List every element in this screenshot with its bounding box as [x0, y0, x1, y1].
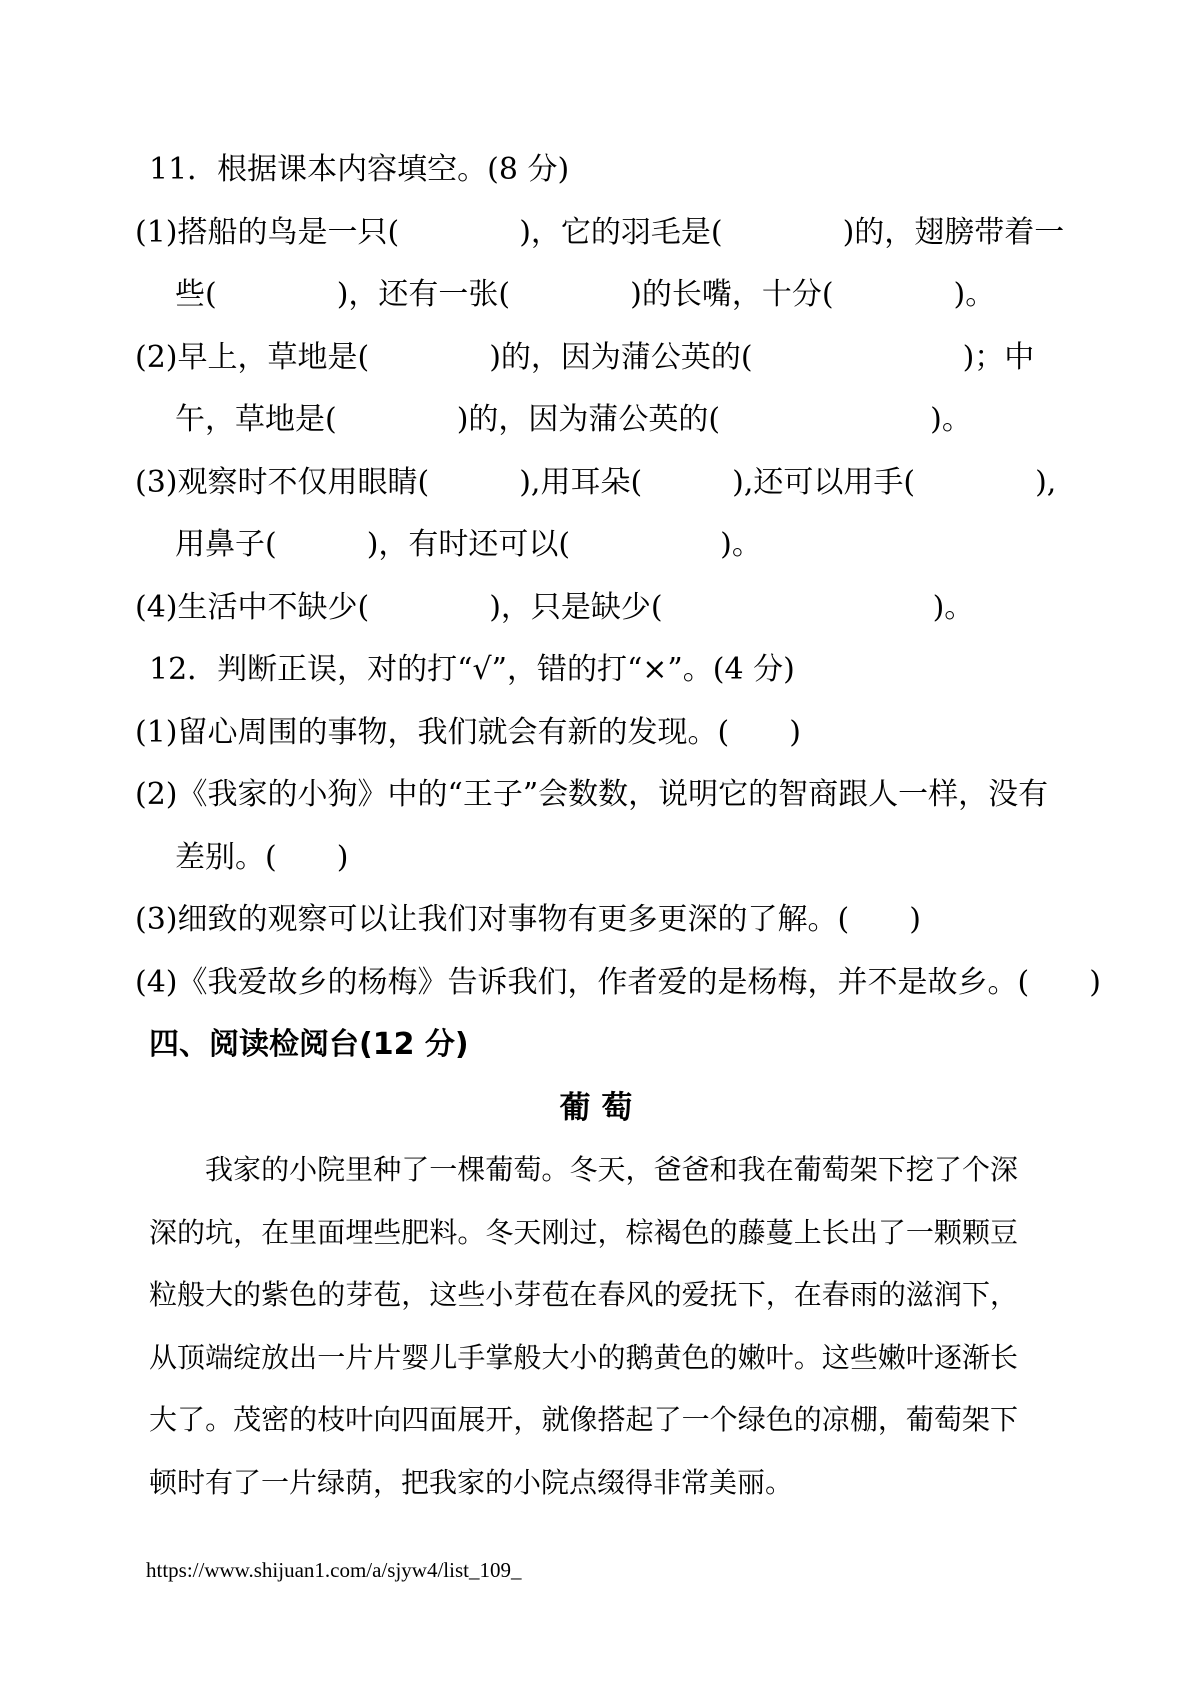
q12-item1-line: (1)留心周围的事物，我们就会有新的发现。( ) — [135, 702, 1057, 765]
page-content: 11．根据课本内容填空。(8 分) (1)搭船的鸟是一只( )，它的羽毛是( )… — [135, 139, 1057, 1514]
source-url: https://www.shijuan1.com/a/sjyw4/list_10… — [146, 1556, 521, 1584]
q12-item2-line2: 差别。( ) — [135, 827, 1057, 890]
q11-item2-line2: 午，草地是( )的，因为蒲公英的( )。 — [135, 389, 1057, 452]
q12-item4-line: (4)《我爱故乡的杨梅》告诉我们，作者爱的是杨梅，并不是故乡。( ) — [135, 952, 1057, 1015]
q11-item3-line1: (3)观察时不仅用眼睛( ),用耳朵( ),还可以用手( ), — [135, 452, 1057, 515]
q11-item3-line2: 用鼻子( )，有时还可以( )。 — [135, 514, 1057, 577]
passage-line-1: 我家的小院里种了一棵葡萄。冬天，爸爸和我在葡萄架下挖了个深 — [149, 1139, 1018, 1202]
passage-line-4: 从顶端绽放出一片片婴儿手掌般大小的鹅黄色的嫩叶。这些嫩叶逐渐长 — [149, 1327, 1018, 1390]
q11-item4-line: (4)生活中不缺少( )，只是缺少( )。 — [135, 577, 1057, 640]
q11-item2-line1: (2)早上，草地是( )的，因为蒲公英的( )；中 — [135, 327, 1057, 390]
document-page: 11．根据课本内容填空。(8 分) (1)搭船的鸟是一只( )，它的羽毛是( )… — [0, 0, 1191, 1684]
q11-header: 11．根据课本内容填空。(8 分) — [135, 139, 1057, 202]
passage-line-2: 深的坑，在里面埋些肥料。冬天刚过，棕褐色的藤蔓上长出了一颗颗豆 — [149, 1202, 1018, 1265]
passage-line-3: 粒般大的紫色的芽苞，这些小芽苞在春风的爱抚下，在春雨的滋润下， — [149, 1264, 1018, 1327]
q12-header: 12．判断正误，对的打“√”，错的打“×”。(4 分) — [135, 639, 1057, 702]
passage-title: 葡 萄 — [135, 1077, 1057, 1140]
q11-item1-line2: 些( )，还有一张( )的长嘴，十分( )。 — [135, 264, 1057, 327]
reading-section-header: 四、阅读检阅台(12 分) — [135, 1014, 1057, 1077]
q11-item1-line1: (1)搭船的鸟是一只( )，它的羽毛是( )的，翅膀带着一 — [135, 202, 1057, 265]
passage-line-6: 顿时有了一片绿荫，把我家的小院点缀得非常美丽。 — [149, 1452, 1018, 1515]
passage-line-5: 大了。茂密的枝叶向四面展开，就像搭起了一个绿色的凉棚，葡萄架下 — [149, 1389, 1018, 1452]
q12-item2-line1: (2)《我家的小狗》中的“王子”会数数，说明它的智商跟人一样，没有 — [135, 764, 1057, 827]
q12-item3-line: (3)细致的观察可以让我们对事物有更多更深的了解。( ) — [135, 889, 1057, 952]
